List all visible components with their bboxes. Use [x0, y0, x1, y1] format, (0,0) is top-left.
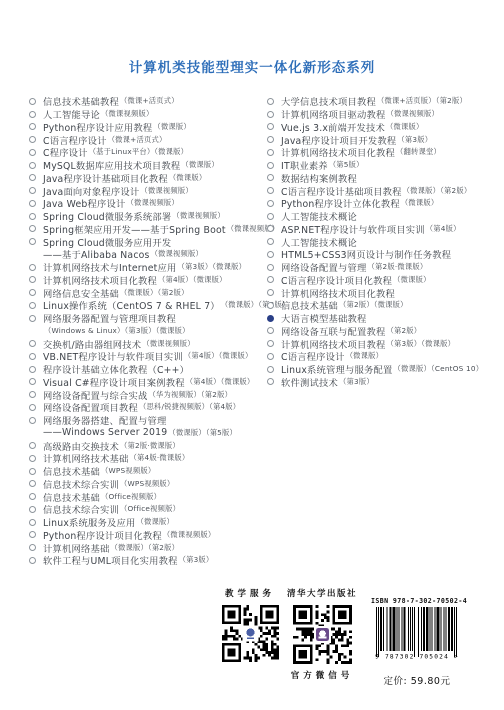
ean13-barcode: 9 787302 705024 > [373, 607, 461, 667]
publisher-label: 清华大学出版社 [287, 587, 357, 599]
book-item: 网络设备互联与配置教程（第2版） [267, 325, 501, 338]
bullet-circle-icon [267, 136, 274, 143]
book-note: （微课视频版） [126, 198, 178, 208]
bullet-circle-icon [29, 417, 36, 424]
book-note: （微课视频版） [151, 249, 203, 259]
bullet-circle-icon [29, 213, 36, 220]
book-title: 网络服务器搭建、配置与管理 [43, 413, 166, 427]
book-note: （第2版）（微课版） [339, 300, 408, 310]
book-item: 网络设备配置项目教程（思科/锐捷视频版）（第4版） [29, 401, 263, 414]
book-item: C程序设计（基于Linux平台）（微课版） [29, 146, 263, 159]
book-note: （微课视频版） [386, 109, 438, 119]
book-item: 信息技术综合实训（WPS视频版） [29, 478, 263, 491]
book-item: Vue.js 3.x前端开发技术（微课版） [267, 121, 501, 134]
book-item: 网络服务器配置与管理项目教程 [29, 312, 263, 325]
bullet-circle-icon [29, 404, 36, 411]
book-item: 大学信息技术项目教程（微课+活页版）（第2版） [267, 95, 501, 108]
book-note: （第4版）（微课版） [158, 275, 227, 285]
bullet-circle-icon [267, 200, 274, 207]
book-item: Java面向对象程序设计（微课视频版） [29, 184, 263, 197]
book-note: （思科/锐捷视频版）（第4版） [139, 402, 240, 412]
book-item: （Windows & Linux）（第3版）（微课版） [29, 325, 263, 338]
book-note: （微课版） [153, 122, 190, 132]
bullet-circle-icon [267, 123, 274, 130]
book-title: ——Windows Server 2019 [43, 427, 167, 438]
bullet-circle-icon [29, 353, 36, 360]
book-note: （第4版） [426, 224, 461, 234]
bullet-circle-icon [29, 544, 36, 551]
book-item: Java程序设计项目开发教程（第3版） [267, 133, 501, 146]
book-note: （微课视频版） [142, 339, 194, 349]
bullet-circle-icon [267, 378, 274, 385]
book-item: Linux操作系统（CentOS 7 & RHEL 7）（微课版）（第2版） [29, 299, 263, 312]
book-item: ——Windows Server 2019（微课版）（第5版） [29, 427, 263, 440]
book-note: （微课视频版） [163, 530, 215, 540]
bullet-circle-icon [29, 149, 36, 156]
book-item: Java Web程序设计（微课视频版） [29, 197, 263, 210]
bullet-circle-icon [29, 174, 36, 181]
book-note: （第3版）（微课版） [386, 339, 455, 349]
book-item: 计算机网络技术项目化教程（翻转课堂） [267, 146, 501, 159]
book-item: Linux系统服务及应用（微课版） [29, 516, 263, 529]
bullet-circle-icon [29, 315, 36, 322]
book-note: （WPS视频版） [101, 466, 155, 476]
book-item: ——基于Alibaba Nacos（微课视频版） [29, 248, 263, 261]
book-note: （第2版·微课版） [120, 441, 180, 451]
book-note: （第3版） [339, 377, 374, 387]
book-item: 计算机网络技术项目化教程 [267, 286, 501, 299]
isbn-barcode-block: ISBN 978-7-302-70502-4 9 787302 705024 >… [371, 597, 463, 687]
bullet-circle-icon [267, 149, 274, 156]
bullet-circle-icon [267, 264, 274, 271]
book-item: 计算机网络基础（微课版）（第2版） [29, 541, 263, 554]
bullet-circle-icon [29, 506, 36, 513]
book-item: Python程序设计应用教程（微课版） [29, 121, 263, 134]
bullet-circle-icon [267, 289, 274, 296]
bullet-circle-icon [267, 111, 274, 118]
book-item: 人工智能技术概论 [267, 210, 501, 223]
bullet-circle-icon [29, 442, 36, 449]
book-item: 信息技术综合实训（Office视频版） [29, 503, 263, 516]
wechat-qr-code [293, 605, 352, 664]
book-item: IT职业素养（第5版） [267, 159, 501, 172]
book-item: 网络服务器搭建、配置与管理 [29, 414, 263, 427]
book-note: （微课版） [401, 198, 438, 208]
bullet-circle-icon [29, 162, 36, 169]
book-note: （微课版） [393, 275, 430, 285]
book-note: （微课版） [181, 160, 218, 170]
teaching-service-qr-block: 教学服务 [217, 587, 283, 662]
book-note: （微课+活页式） [120, 96, 179, 106]
book-item: 软件测试技术（第3版） [267, 376, 501, 389]
book-item: 计算机网络技术项目教程（第3版）（微课版） [267, 337, 501, 350]
book-note: （微课版）（第2版） [403, 186, 472, 196]
book-note: （微课+活页式） [108, 135, 167, 145]
bullet-circle-icon [29, 366, 36, 373]
bullet-circle-icon [29, 200, 36, 207]
bullet-circle-icon [29, 123, 36, 130]
bullet-circle-icon [29, 276, 36, 283]
bullet-circle-icon [267, 187, 274, 194]
book-item: MySQL数据库应用技术项目教程（微课版） [29, 159, 263, 172]
bullet-circle-icon [29, 302, 36, 309]
bullet-circle-icon [267, 174, 274, 181]
book-list-left: 信息技术基础教程（微课+活页式）人工智能导论（微课视频版）Python程序设计应… [29, 95, 263, 567]
book-note: （微课版） [346, 351, 383, 361]
book-note: （微课+活页版）（第2版） [377, 96, 467, 106]
bullet-circle-icon [267, 225, 274, 232]
bullet-circle-icon [29, 289, 36, 296]
book-item: VB.NET程序设计与软件项目实训（第4版）（微课版） [29, 350, 263, 363]
book-note: （微课视频版） [101, 109, 153, 119]
bullet-circle-icon [267, 213, 274, 220]
book-note: （基于Linux平台）（微课版） [89, 147, 188, 157]
book-item: 信息技术基础（WPS视频版） [29, 465, 263, 478]
bullet-circle-icon [267, 162, 274, 169]
book-item: HTML5+CSS3网页设计与制作任务教程 [267, 248, 501, 261]
book-note: （微课视频版） [140, 186, 192, 196]
barcode-digits: 9 787302 705024 > [375, 654, 459, 661]
book-note: （第4版·微课版） [129, 453, 189, 463]
book-item: Visual C#程序设计项目案例教程（第4版）（微课版） [29, 376, 263, 389]
book-note: （微课版） [386, 122, 423, 132]
book-note: （微课版） [137, 517, 174, 527]
bullet-circle-icon [29, 187, 36, 194]
book-item: 人工智能导论（微课视频版） [29, 108, 263, 121]
bullet-circle-icon [29, 378, 36, 385]
book-item: C语言程序设计基础项目教程（微课版）（第2版） [267, 184, 501, 197]
book-item: 信息技术基础教程（微课+活页式） [29, 95, 263, 108]
book-item: 信息技术基础（第2版）（微课版） [267, 299, 501, 312]
book-item: 网络设备配置与管理（第2版·微课版） [267, 261, 501, 274]
bullet-circle-icon [29, 340, 36, 347]
book-item: Python程序设计项目化教程（微课视频版） [29, 529, 263, 542]
book-item: Spring Cloud微服务应用开发 [29, 235, 263, 248]
wechat-account-label: 官方微信号 [291, 669, 354, 681]
bullet-circle-icon [29, 531, 36, 538]
book-item: 程序设计基础立体化教程（C++） [29, 363, 263, 376]
book-note: （WPS视频版） [120, 479, 174, 489]
book-note: （第4版）（微课版） [184, 351, 253, 361]
book-item: 计算机网络技术基础（第4版·微课版） [29, 452, 263, 465]
book-item: C语言程序设计（微课版） [267, 350, 501, 363]
book-item: ASP.NET程序设计与软件项目实训（第4版） [267, 223, 501, 236]
book-item: 大语言模型基础教程 [267, 312, 501, 325]
book-item: 计算机网络技术项目化教程（第4版）（微课版） [29, 274, 263, 287]
book-note: （第3版） [397, 135, 432, 145]
bullet-circle-icon [29, 519, 36, 526]
book-note: （Office视频版） [101, 492, 161, 502]
book-item: 网络信息安全基础（微课版）（第2版） [29, 286, 263, 299]
book-title: 网络服务器配置与管理项目教程 [43, 311, 176, 325]
book-item: Linux系统管理与服务配置（微课版）（CentOS 10） [267, 363, 501, 376]
book-back-cover: 计算机类技能型理实一体化新形态系列 信息技术基础教程（微课+活页式）人工智能导论… [0, 0, 504, 710]
publisher-wechat-qr-block: 清华大学出版社 官方微信号 [287, 587, 357, 681]
bullet-circle-icon [29, 264, 36, 271]
book-item: 交换机/路由器组网技术（微课视频版） [29, 337, 263, 350]
bullet-circle-icon [29, 111, 36, 118]
book-item: 软件工程与UML项目化实用教程（第3版） [29, 554, 263, 567]
bullet-circle-icon [29, 136, 36, 143]
book-title: 软件测试技术 [281, 375, 338, 389]
book-item: Spring Cloud微服务系统部署（微课视频版） [29, 210, 263, 223]
book-note: （第4版）（微课版） [186, 377, 255, 387]
bullet-circle-icon [29, 468, 36, 475]
bullet-circle-icon [29, 480, 36, 487]
bullet-circle-icon [267, 238, 274, 245]
book-item: 信息技术基础（Office视频版） [29, 490, 263, 503]
bullet-circle-icon [267, 327, 274, 334]
book-item: Spring框架应用开发——基于Spring Boot（微课视频版） [29, 223, 263, 236]
book-note: （华为视频版）（第2版） [148, 390, 232, 400]
book-note: （第3版）（微课版） [177, 262, 246, 272]
price-label: 定价: 59.80元 [371, 673, 463, 687]
bullet-circle-icon [267, 276, 274, 283]
book-note: （翻转课堂） [396, 147, 441, 157]
book-item: 高级路由交换技术（第2版·微课版） [29, 439, 263, 452]
bullet-circle-icon [267, 302, 274, 309]
bullet-circle-icon [267, 340, 274, 347]
isbn-number: ISBN 978-7-302-70502-4 [371, 597, 463, 605]
bullet-circle-icon [29, 238, 36, 245]
bullet-circle-icon [29, 493, 36, 500]
teaching-service-qr-code [222, 605, 279, 662]
book-note: （第2版·微课版） [367, 262, 427, 272]
bullet-circle-icon [29, 455, 36, 462]
book-note: （微课版） [169, 173, 206, 183]
book-note: （微课视频版） [172, 211, 224, 221]
book-note: （Windows & Linux）（第3版）（微课版） [44, 326, 190, 336]
bullet-circle-icon [267, 366, 274, 373]
book-title: 软件工程与UML项目化实用教程 [43, 553, 178, 567]
book-note: （第5版） [329, 160, 364, 170]
book-note: （Office视频版） [120, 504, 180, 514]
book-item: 网络设备配置与综合实战（华为视频版）（第2版） [29, 388, 263, 401]
bullet-circle-icon [267, 98, 274, 105]
book-item: 计算机网络技术与Internet应用（第3版）（微课版） [29, 261, 263, 274]
bullet-circle-icon [267, 251, 274, 258]
series-title: 计算机类技能型理实一体化新形态系列 [0, 56, 504, 76]
bullet-circle-icon [29, 557, 36, 564]
book-item: Java程序设计基础项目化教程（微课版） [29, 172, 263, 185]
bullet-circle-icon [267, 353, 274, 360]
book-item: C语言程序设计项目化教程（微课版） [267, 274, 501, 287]
book-note: （微课版）（第5版） [168, 428, 237, 438]
book-item: Python程序设计立体化教程（微课版） [267, 197, 501, 210]
book-list-right: 大学信息技术项目教程（微课+活页版）（第2版）计算机网络项目驱动教程（微课视频版… [267, 95, 501, 388]
book-item: 人工智能技术概论 [267, 235, 501, 248]
book-note: （第2版） [386, 326, 421, 336]
book-item: 计算机网络项目驱动教程（微课视频版） [267, 108, 501, 121]
book-item: 数据结构案例教程 [267, 172, 501, 185]
bullet-circle-icon [29, 98, 36, 105]
book-item: C语言程序设计（微课+活页式） [29, 133, 263, 146]
teaching-service-label: 教学服务 [225, 587, 275, 599]
book-note: （微课版）（第2版） [120, 288, 189, 298]
bullet-filled-icon [267, 315, 274, 322]
bullet-circle-icon [29, 391, 36, 398]
book-note: （微课版）（CentOS 10） [394, 364, 484, 374]
book-note: （微课版）（第2版） [110, 543, 179, 553]
bullet-circle-icon [29, 225, 36, 232]
book-note: （第3版） [179, 555, 214, 565]
